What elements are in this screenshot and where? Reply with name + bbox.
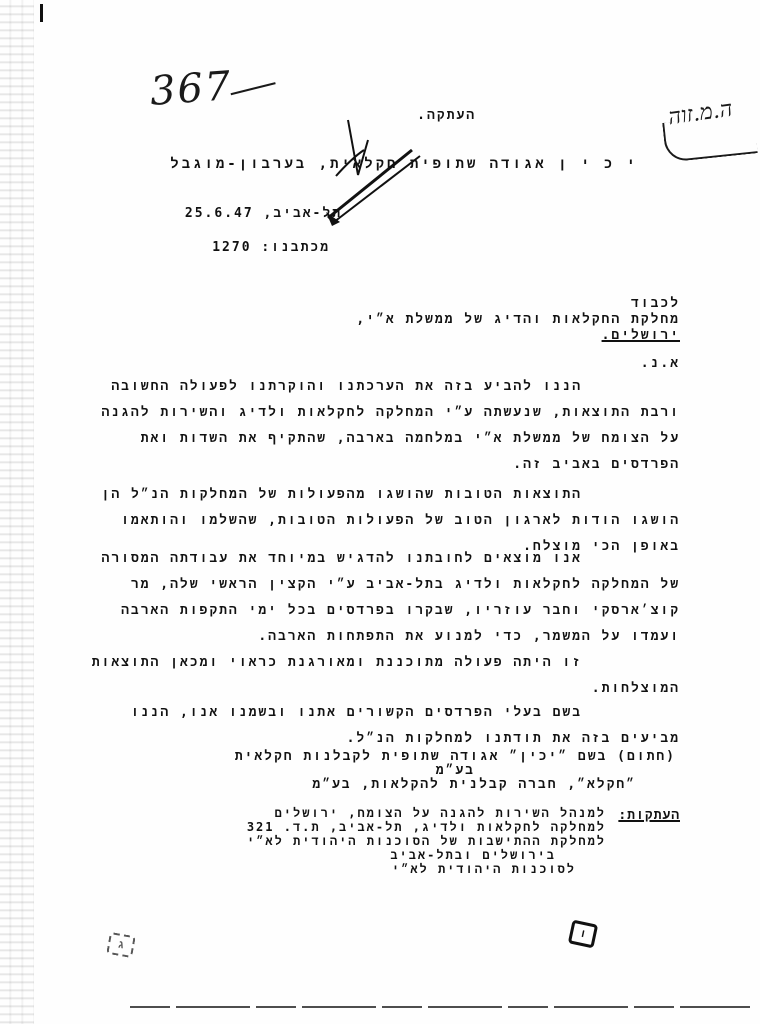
paragraph-line: ורבת התוצאות, שנעשתה ע״י המחלקה לחקלאות …: [100, 400, 680, 426]
copies-item: לסוכנות היהודית לא״י: [247, 862, 606, 876]
copy-heading: העתקה.: [417, 108, 476, 123]
signature-underline-stroke: [662, 113, 758, 162]
signature-line-1: (חתום) בשם ״יכין״ אגודה שתופית לקבלנות ח…: [235, 750, 676, 764]
paragraph-line: הננו להביע בזה את הערכתנו והוקרתנו לפעול…: [100, 374, 680, 400]
archive-stamp-left: ג: [106, 932, 135, 958]
paragraph-line: הפרדסים באביב זה.: [100, 452, 680, 478]
paragraph-line: של המחלקה לחקלאות ולדיג בתל-אביב ע״י הקצ…: [100, 572, 680, 598]
recipient-address: לכבוד מחלקת החקלאות והדיג של ממשלת א״י, …: [356, 296, 680, 344]
scan-edge-mark: [40, 4, 43, 22]
paragraph-line: זו היתה פעולה מתוכננת ומאורגנת כראוי ומכ…: [100, 650, 680, 676]
copies-item: למחלקת ההתישבות של הסוכנות היהודית לא״י: [247, 834, 606, 848]
body-paragraph-3: אנו מוצאים לחובתנו להדגיש במיוחד את עבוד…: [100, 546, 680, 650]
paragraph-line: הושגו הודות לארגון הטוב של הפעולות הטובו…: [100, 508, 680, 534]
signature-block: (חתום) בשם ״יכין״ אגודה שתופית לקבלנות ח…: [235, 750, 676, 792]
paragraph-line: בשם בעלי הפרדסים הקשורים אתנו ובשמנו אנו…: [100, 700, 680, 726]
letter-date: תל-אביב, 25.6.47: [185, 206, 342, 221]
paragraph-line: ועמדו על המשמר, כדי למנוע את התפתחות האר…: [100, 624, 680, 650]
scan-edge-noise: [0, 0, 34, 1024]
copies-label: העתקות:: [618, 808, 680, 823]
copies-distribution-list: למנהל השירות להגנה על הצומח, ירושלים למח…: [247, 806, 606, 876]
recipient-city: ירושלים.: [356, 328, 680, 344]
body-paragraph-1: הננו להביע בזה את הערכתנו והוקרתנו לפעול…: [100, 374, 680, 478]
copies-item: למנהל השירות להגנה על הצומח, ירושלים: [247, 806, 606, 820]
copies-item: למחלקה לחקלאות ולדיג, תל-אביב, ת.ד. 321: [247, 820, 606, 834]
paragraph-line: אנו מוצאים לחובתנו להדגיש במיוחד את עבוד…: [100, 546, 680, 572]
scanned-letter-page: 367 ה.מ.זוה העתקה. י כ י ן אגודה שתופית …: [0, 0, 760, 1024]
recipient-line-2: מחלקת החקלאות והדיג של ממשלת א״י,: [356, 312, 680, 328]
salutation: א.נ.: [641, 356, 680, 371]
copies-item: בירושלים ובתל-אביב: [247, 848, 606, 862]
paragraph-line: קוצ׳ארסקי וחבר עוזריו, שבקרו בפרדסים בכל…: [100, 598, 680, 624]
archive-stamp-right: ו: [568, 920, 598, 949]
paragraph-line: התוצאות הטובות שהושגו מהפעולות של המחלקו…: [100, 482, 680, 508]
paragraph-line: המוצלחות.: [100, 676, 680, 702]
paragraph-line: על הצומח של ממשלת א״י במלחמה בארבה, שהתק…: [100, 426, 680, 452]
body-paragraph-4: זו היתה פעולה מתוכננת ומאורגנת כראוי ומכ…: [100, 650, 680, 702]
handwritten-archive-number: 367: [148, 63, 233, 115]
page-bottom-edge: [130, 1006, 750, 1008]
signature-line-3: ״חקלא״, חברה קבלנית להקלאות, בע״מ: [235, 778, 676, 792]
recipient-line-1: לכבוד: [356, 296, 680, 312]
letter-reference: מכתבנו: 1270: [212, 240, 330, 255]
body-paragraph-5: בשם בעלי הפרדסים הקשורים אתנו ובשמנו אנו…: [100, 700, 680, 752]
sender-organization: י כ י ן אגודה שתופית חקלאית, בערבון-מוגב…: [170, 156, 638, 173]
signature-line-2: בע״מ: [235, 764, 676, 778]
